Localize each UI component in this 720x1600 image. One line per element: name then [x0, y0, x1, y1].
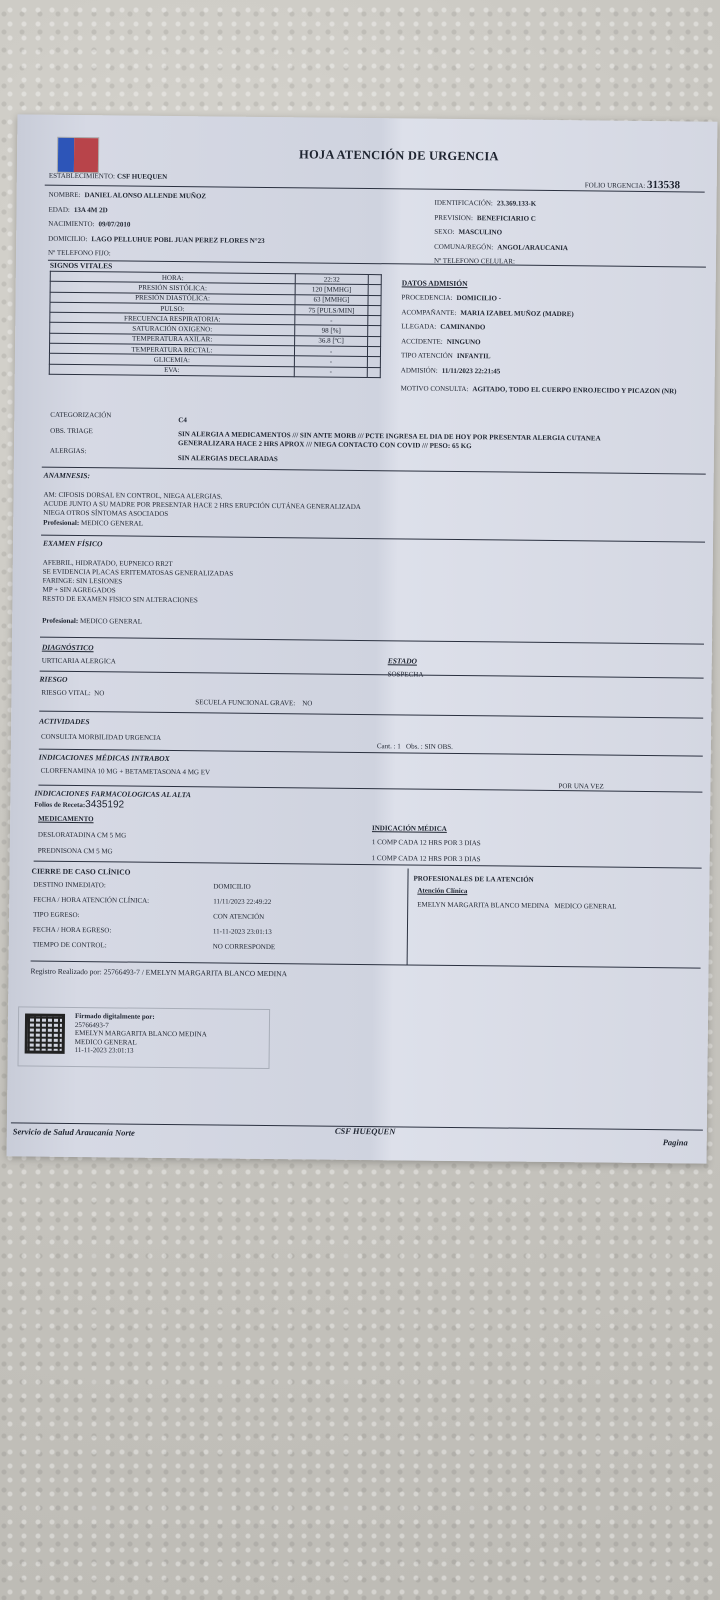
anamnesis-text: AM: CIFOSIS DORSAL EN CONTROL, NIEGA ALE…: [43, 491, 361, 521]
registro-realizado: Registro Realizado por: 25766493-7 / EME…: [30, 967, 287, 979]
digital-signature-box: Firmado digitalmente por: 25766493-7 EME…: [18, 1006, 271, 1069]
vitals-row: EVA: -: [49, 364, 380, 378]
secuela-funcional: SECUELA FUNCIONAL GRAVE: NO: [195, 698, 312, 708]
cierre-value: DOMICILIO: [213, 882, 250, 891]
riesgo-vital: RIESGO VITAL: NO: [41, 689, 104, 699]
vital-value: -: [294, 366, 367, 377]
alta-ind-1: 1 COMP CADA 12 HRS POR 3 DIAS: [372, 838, 481, 848]
vital-value: -: [295, 315, 368, 326]
sexo-field: SEXO:MASCULINO: [434, 228, 568, 237]
estado-title: ESTADO: [388, 656, 417, 665]
obs-triage-value: SIN ALERGIA A MEDICAMENTOS /// SIN ANTE …: [178, 430, 698, 453]
alta-ind-2: 1 COMP CADA 12 HRS POR 3 DIAS: [372, 854, 481, 864]
cierre-label: TIPO EGRESO:: [33, 911, 213, 922]
admission-title: DATOS ADMISIÓN: [402, 278, 692, 290]
nombre-field: NOMBRE:DANIEL ALONSO ALLENDE MUÑOZ: [49, 191, 266, 201]
footer-page: Pagina: [663, 1137, 688, 1147]
prevision-field: PREVISION:BENEFICIARIO C: [434, 213, 568, 222]
telefono-fijo-field: Nº TELEFONO FIJO:: [48, 249, 265, 259]
intrabox-value: CLORFENAMINA 10 MG + BETAMETASONA 4 MG E…: [41, 767, 211, 778]
vital-value: 63 [mmHg]: [295, 294, 368, 305]
vital-value: 22:32: [295, 274, 368, 285]
examen-title: EXAMEN FÍSICO: [43, 539, 102, 549]
cierre-value: NO CORRESPONDE: [213, 942, 276, 952]
comuna-field: COMUNA/REGÓN:ANGOL/ARAUCANIA: [434, 243, 568, 252]
vital-value: 75 [puls/min]: [295, 305, 368, 316]
obs-triage-label: OBS. TRIAGE: [50, 427, 93, 436]
alta-med-2: PREDNISONA CM 5 MG: [38, 847, 113, 857]
cierre-label: FECHA / HORA EGRESO:: [33, 926, 213, 937]
nacimiento-field: NACIMIENTO:09/07/2010: [48, 220, 265, 230]
document-title: HOJA ATENCIÓN DE URGENCIA: [299, 147, 499, 164]
vitals-table: HORA: 22:32 PRESIÓN SISTÓLICA: 120 [mmHg…: [49, 271, 382, 378]
cierre-label: TIEMPO DE CONTROL:: [33, 941, 213, 952]
intrabox-title: INDICACIONES MÉDICAS INTRABOX: [39, 753, 170, 763]
identificacion-field: IDENTIFICACIÓN:23.369.133-K: [435, 199, 569, 208]
atencion-clinica-title: Atención Clínica: [417, 887, 467, 896]
diagnostico-title: DIAGNÓSTICO: [42, 643, 94, 653]
folio-receta: Folios de Receta:3435192: [34, 799, 124, 811]
cierre-value: CON ATENCIÓN: [213, 912, 264, 922]
cierre-title: CIERRE DE CASO CLÍNICO: [32, 867, 131, 877]
vital-value: 120 [mmHg]: [295, 284, 368, 295]
divider-vertical: [407, 868, 409, 964]
medicamento-header: MEDICAMENTO: [38, 815, 94, 825]
edad-field: EDAD:13A 4M 2D: [48, 205, 265, 215]
document-page: HOJA ATENCIÓN DE URGENCIA FOLIO URGENCIA…: [7, 114, 718, 1163]
footer-left: Servicio de Salud Araucanía Norte: [13, 1126, 135, 1137]
cierre-row: FECHA / HORA ATENCIÓN CLÍNICA: 11/11/202…: [33, 896, 276, 908]
vital-value: -: [294, 356, 367, 367]
profesionales-title: PROFESIONALES DE LA ATENCIÓN: [413, 875, 533, 885]
examen-line: RESTO DE EXAMEN FISICO SIN ALTERACIONES: [42, 595, 233, 606]
cierre-label: DESTINO INMEDIATO:: [33, 881, 213, 892]
vital-label: EVA:: [49, 364, 294, 377]
indicacion-header: INDICACIÓN MÉDICA: [372, 824, 447, 834]
patient-left: NOMBRE:DANIEL ALONSO ALLENDE MUÑOZ EDAD:…: [48, 191, 265, 266]
cierre-row: TIEMPO DE CONTROL: NO CORRESPONDE: [33, 941, 276, 953]
footer-center: CSF HUEQUEN: [335, 1126, 396, 1137]
actividades-title: ACTIVIDADES: [39, 717, 90, 727]
profesional-atencion: EMELYN MARGARITA BLANCO MEDINA MEDICO GE…: [417, 901, 616, 912]
vitals-title: SIGNOS VITALES: [50, 261, 113, 271]
folio-urgencia: FOLIO URGENCIA: 313538: [585, 178, 680, 191]
government-logo-icon: [57, 137, 99, 173]
divider: [34, 861, 702, 869]
diagnostico-value: URTICARIA ALERGICA: [42, 657, 116, 667]
cierre-value: 11-11-2023 23:01:13: [213, 927, 272, 937]
actividades-value: CONSULTA MORBILIDAD URGENCIA: [41, 733, 161, 743]
establecimiento: ESTABLECIMIENTO: CSF HUEQUEN: [49, 171, 167, 181]
cierre-row: TIPO EGRESO: CON ATENCIÓN: [33, 911, 276, 923]
alergias-value: SIN ALERGIAS DECLARADAS: [178, 454, 278, 464]
cierre-row: DESTINO INMEDIATO: DOMICILIO: [33, 881, 276, 893]
admission-block: DATOS ADMISIÓN PROCEDENCIA:DOMICILIO - A…: [401, 278, 692, 402]
vital-value: -: [294, 346, 367, 357]
alergias-label: ALERGIAS:: [50, 447, 87, 456]
cierre-value: 11/11/2023 22:49:22: [213, 897, 271, 907]
folio-value: 313538: [647, 179, 680, 191]
cierre-rows: DESTINO INMEDIATO: DOMICILIOFECHA / HORA…: [33, 881, 276, 959]
domicilio-field: DOMICILIO:LAGO PELLUHUE POBL JUAN PEREZ …: [48, 234, 265, 244]
divider: [41, 535, 705, 543]
riesgo-title: RIESGO: [40, 675, 68, 684]
divider: [40, 671, 704, 679]
cierre-label: FECHA / HORA ATENCIÓN CLÍNICA:: [33, 896, 213, 907]
qr-code-icon: [25, 1013, 65, 1053]
divider: [40, 637, 704, 645]
examen-text: AFEBRIL, HIDRATADO, EUPNEICO RR2TSE EVID…: [42, 559, 233, 606]
divider: [39, 711, 703, 719]
alta-med-1: DESLORATADINA CM 5 MG: [38, 831, 126, 841]
anamnesis-title: ANAMNESIS:: [44, 471, 90, 480]
cierre-row: FECHA / HORA EGRESO: 11-11-2023 23:01:13: [33, 926, 276, 938]
examen-profesional: Profesional: MEDICO GENERAL: [42, 617, 142, 627]
actividades-cant-obs: Cant. : 1 Obs. : SIN OBS.: [377, 742, 453, 752]
anamnesis-profesional: Profesional: MEDICO GENERAL: [43, 519, 143, 529]
vital-value: 36.8 [ºC]: [295, 336, 368, 347]
patient-right: IDENTIFICACIÓN:23.369.133-K PREVISION:BE…: [434, 199, 569, 273]
alta-title: INDICACIONES FARMACOLOGICAS AL ALTA: [34, 789, 191, 800]
categorizacion-label: CATEGORIZACIÓN: [50, 411, 111, 421]
firma-fecha: 11-11-2023 23:01:13: [75, 1046, 207, 1056]
divider: [42, 467, 706, 475]
categorizacion-value: C4: [178, 416, 187, 425]
vital-value: 98 [%]: [295, 325, 368, 336]
